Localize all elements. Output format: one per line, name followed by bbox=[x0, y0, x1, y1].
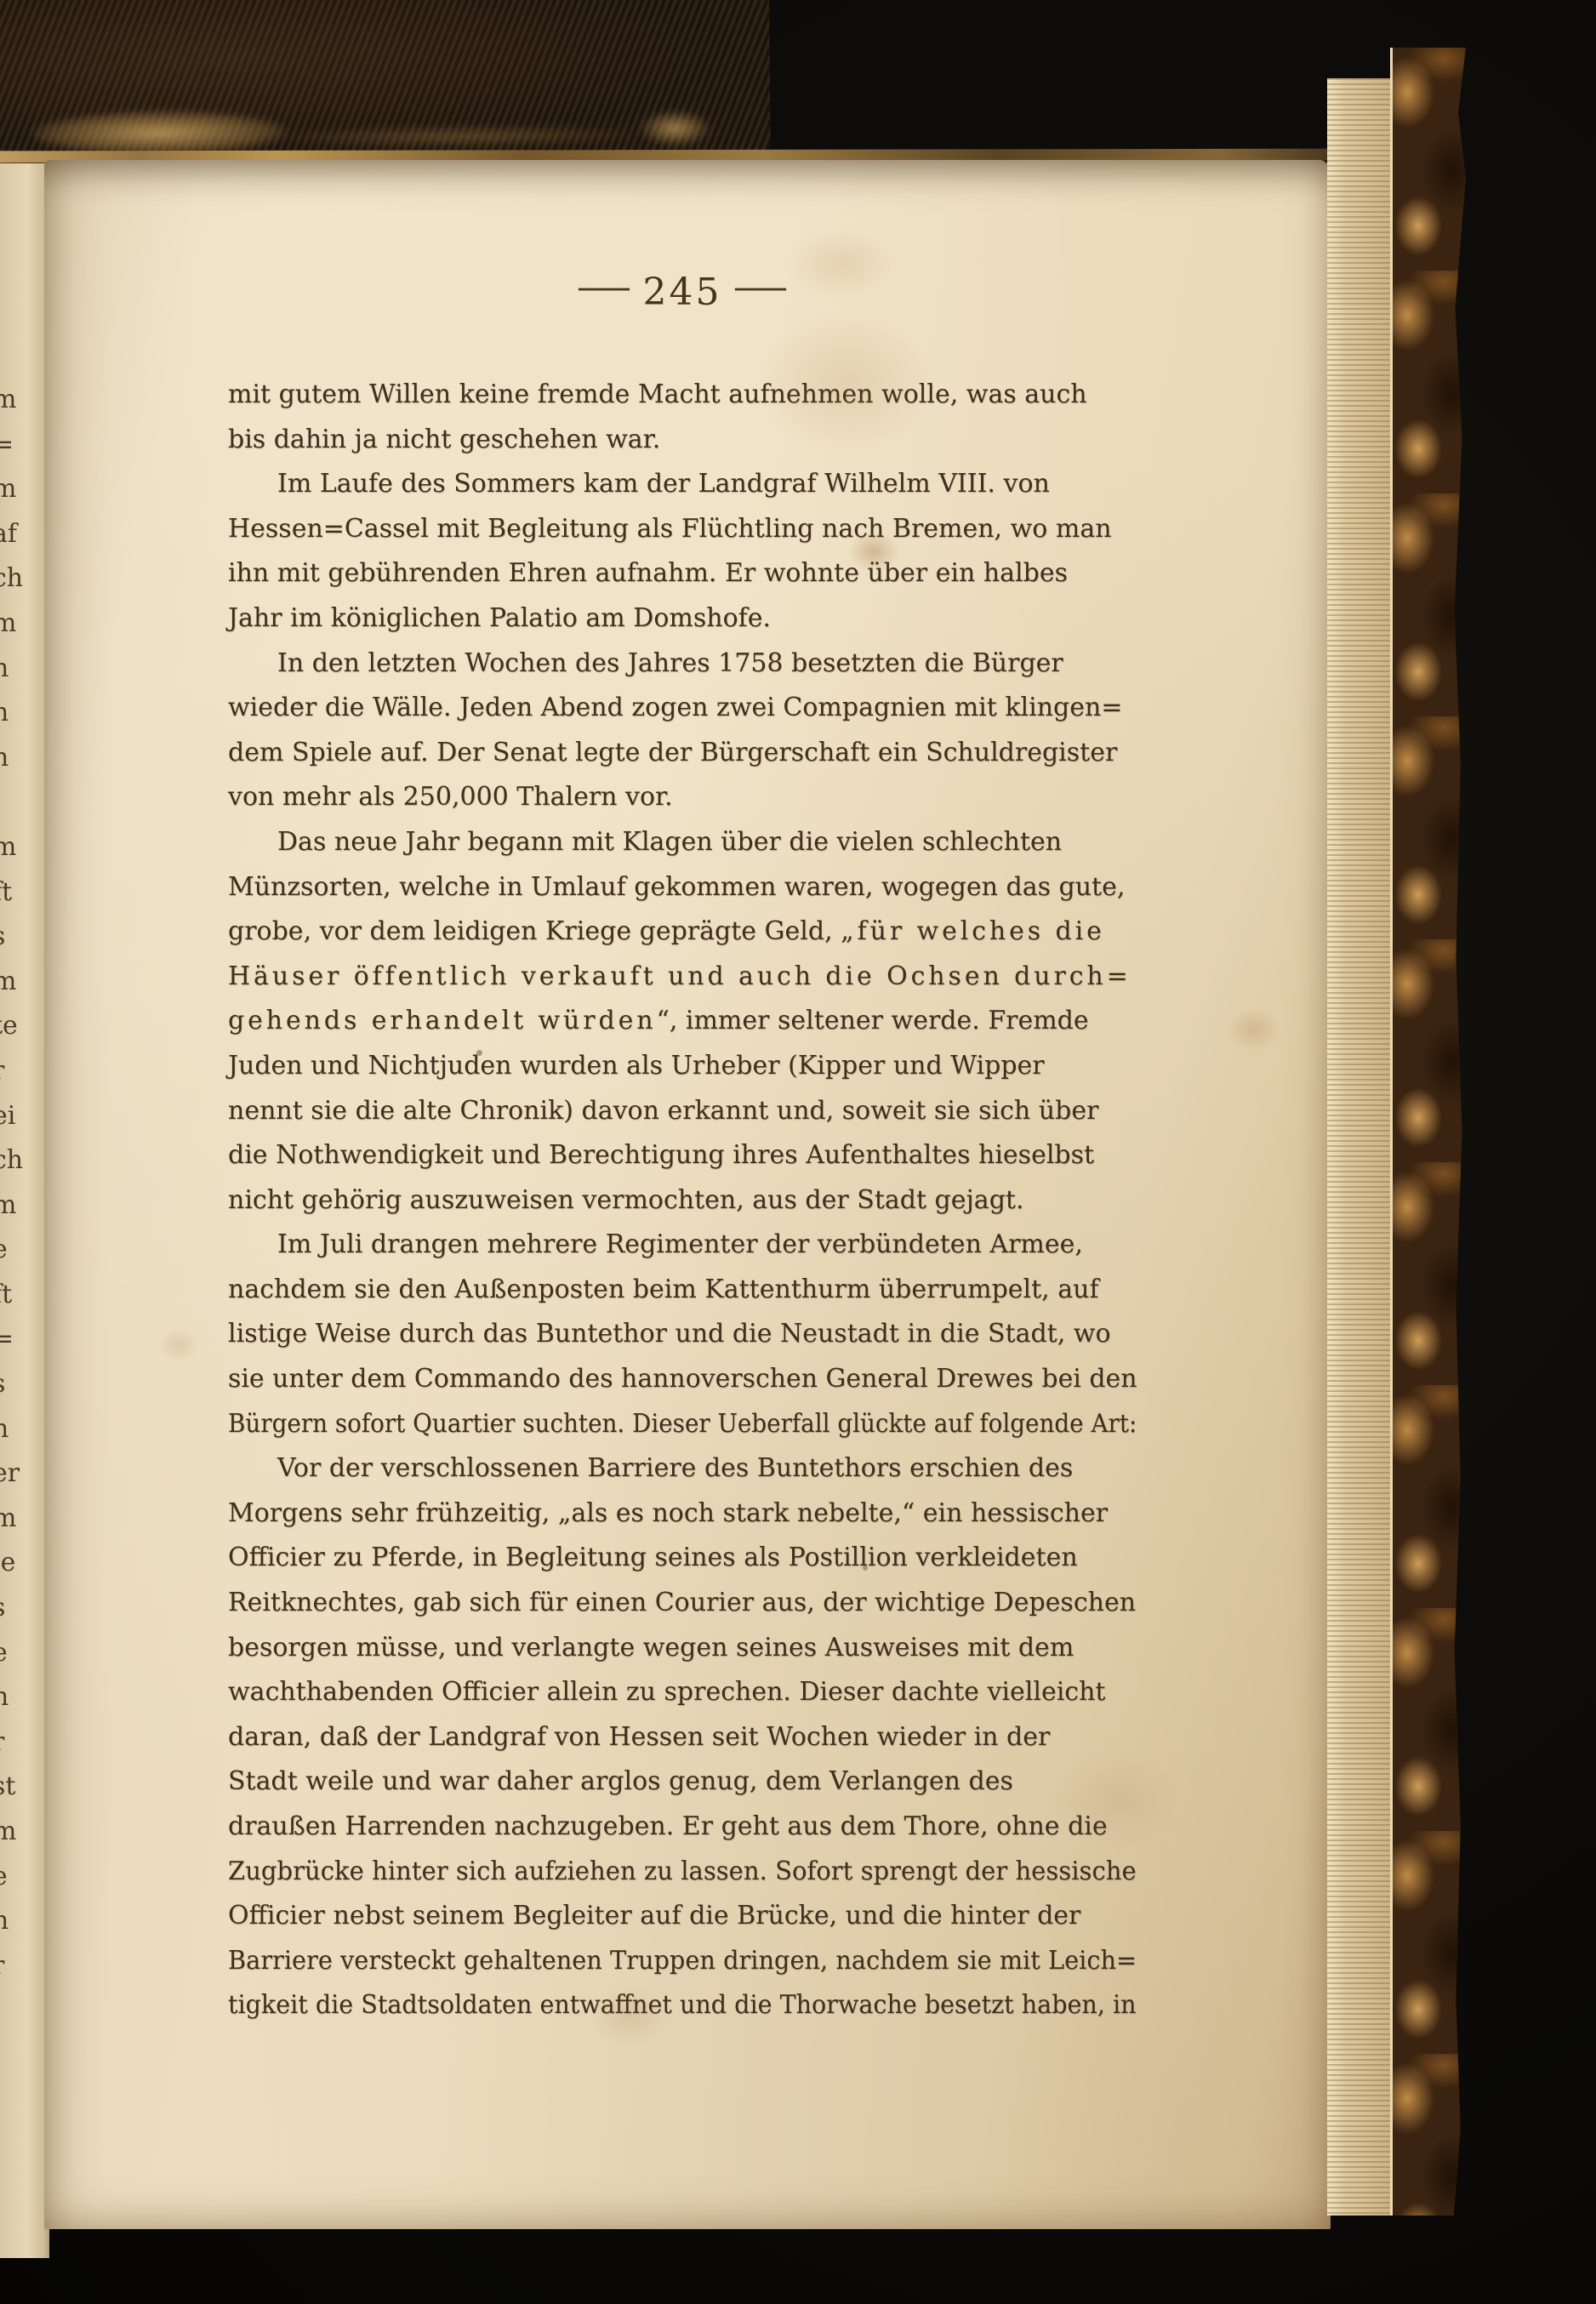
text-segment: nicht gehörig auszuweisen vermochten, au… bbox=[228, 1185, 1024, 1215]
verso-line-fragment: ie bbox=[0, 1541, 44, 1586]
text-line: Juden und Nichtjuden wurden als Urheber … bbox=[228, 1044, 1137, 1089]
verso-line-fragment: r bbox=[0, 1049, 44, 1094]
book-photo: m=mafchmnnn,mftsmtereichmeft=snermiesenr… bbox=[0, 0, 1596, 2304]
text-segment: Hessen=Cassel mit Begleitung als Flüchtl… bbox=[228, 514, 1112, 544]
text-line: Barriere versteckt gehaltenen Truppen dr… bbox=[228, 1939, 1100, 1984]
text-segment: listige Weise durch das Buntethor und di… bbox=[228, 1319, 1111, 1349]
text-segment: nachdem sie den Außenposten beim Kattent… bbox=[228, 1275, 1099, 1304]
verso-line-fragment: n bbox=[0, 1899, 44, 1944]
text-line: Bürgern sofort Quartier suchten. Dieser … bbox=[228, 1402, 1069, 1447]
verso-line-fragment: m bbox=[0, 1497, 44, 1542]
verso-line-fragment: ch bbox=[0, 556, 44, 602]
verso-line-fragment: s bbox=[0, 1362, 44, 1407]
cover-wear-patch bbox=[31, 110, 287, 157]
text-segment: “, immer seltener werde. Fremde bbox=[656, 1006, 1088, 1035]
verso-line-fragment: = bbox=[0, 423, 44, 468]
verso-line-fragment: m bbox=[0, 378, 44, 423]
text-segment: In den letzten Wochen des Jahres 1758 be… bbox=[277, 648, 1063, 678]
text-segment: Münzsorten, welche in Umlauf gekommen wa… bbox=[228, 872, 1125, 902]
text-line: Hessen=Cassel mit Begleitung als Flüchtl… bbox=[228, 507, 1137, 552]
text-line: listige Weise durch das Buntethor und di… bbox=[228, 1312, 1137, 1357]
verso-line-fragment: ch bbox=[0, 1138, 44, 1183]
text-segment: draußen Harrenden nachzugeben. Er geht a… bbox=[228, 1811, 1108, 1841]
text-line: besorgen müsse, und verlangte wegen sein… bbox=[228, 1626, 1137, 1671]
text-segment: tigkeit die Stadtsoldaten entwaffnet und… bbox=[228, 1990, 1137, 2020]
letterspaced-quote-segment: gehends erhandelt würden bbox=[228, 1006, 656, 1035]
text-line: Zugbrücke hinter sich aufziehen zu lasse… bbox=[228, 1850, 1109, 1895]
text-segment: Bürgern sofort Quartier suchten. Dieser … bbox=[228, 1409, 1137, 1439]
text-segment: dem Spiele auf. Der Senat legte der Bürg… bbox=[228, 738, 1117, 767]
text-line: wieder die Wälle. Jeden Abend zogen zwei… bbox=[228, 686, 1137, 731]
verso-line-fragment: m bbox=[0, 467, 44, 512]
text-segment: besorgen müsse, und verlangte wegen sein… bbox=[228, 1633, 1074, 1662]
foxing-stain bbox=[158, 1327, 199, 1363]
text-segment: Im Juli drangen mehrere Regimenter der v… bbox=[277, 1229, 1083, 1259]
text-segment: nennt sie die alte Chronik) davon erkann… bbox=[228, 1096, 1098, 1126]
text-line: Reitknechtes, gab sich für einen Courier… bbox=[228, 1581, 1137, 1626]
text-segment: die Nothwendigkeit und Berechtigung ihre… bbox=[228, 1140, 1094, 1170]
verso-line-fragment: af bbox=[0, 512, 44, 557]
text-line: Morgens sehr frühzeitig, „als es noch st… bbox=[228, 1491, 1137, 1537]
photo-backdrop: { "page": { "number": "245", "number_das… bbox=[0, 0, 1596, 2304]
marbled-cover-edge bbox=[1390, 48, 1466, 2216]
text-line: Officier nebst seinem Begleiter auf die … bbox=[228, 1894, 1137, 1939]
text-segment: daran, daß der Landgraf von Hessen seit … bbox=[228, 1722, 1050, 1752]
text-segment: ihn mit gebührenden Ehren aufnahm. Er wo… bbox=[228, 558, 1068, 588]
text-segment: Jahr im königlichen Palatio am Domshofe. bbox=[228, 603, 771, 633]
text-line: nachdem sie den Außenposten beim Kattent… bbox=[228, 1268, 1137, 1313]
text-line: Stadt weile und war daher arglos genug, … bbox=[228, 1759, 1137, 1805]
foxing-stain bbox=[1225, 1007, 1281, 1052]
page-number-dash-left: — bbox=[576, 262, 632, 313]
text-line: von mehr als 250,000 Thalern vor. bbox=[228, 775, 1137, 820]
book-cover-top-edge bbox=[0, 0, 771, 163]
text-segment: sie unter dem Commando des hannoverschen… bbox=[228, 1364, 1137, 1394]
text-segment: Juden und Nichtjuden wurden als Urheber … bbox=[228, 1051, 1045, 1081]
text-line: In den letzten Wochen des Jahres 1758 be… bbox=[228, 642, 1137, 687]
text-line: nennt sie die alte Chronik) davon erkann… bbox=[228, 1089, 1137, 1134]
verso-line-fragment: s bbox=[0, 1586, 44, 1631]
verso-line-fragment: n bbox=[0, 736, 44, 781]
verso-line-fragment: ei bbox=[0, 1094, 44, 1139]
facing-page-fragments: m=mafchmnnn,mftsmtereichmeft=snermiesenr… bbox=[0, 378, 44, 2033]
text-line: tigkeit die Stadtsoldaten entwaffnet und… bbox=[228, 1983, 1094, 2028]
text-line: bis dahin ja nicht geschehen war. bbox=[228, 418, 1137, 463]
verso-line-fragment: e bbox=[0, 1631, 44, 1676]
page-number: 245 bbox=[643, 271, 722, 314]
text-segment: Barriere versteckt gehaltenen Truppen dr… bbox=[228, 1946, 1137, 1976]
text-line: ihn mit gebührenden Ehren aufnahm. Er wo… bbox=[228, 551, 1137, 596]
verso-line-fragment: m bbox=[0, 1810, 44, 1855]
verso-line-fragment: ft bbox=[0, 1273, 44, 1318]
text-line: mit gutem Willen keine fremde Macht aufn… bbox=[228, 373, 1137, 418]
facing-page-sliver: m=mafchmnnn,mftsmtereichmeft=snermiesenr… bbox=[0, 163, 49, 2258]
page-fore-edges bbox=[1327, 78, 1394, 2216]
text-line: dem Spiele auf. Der Senat legte der Bürg… bbox=[228, 731, 1137, 776]
text-segment: von mehr als 250,000 Thalern vor. bbox=[228, 782, 673, 812]
text-line: wachthabenden Officier allein zu spreche… bbox=[228, 1670, 1137, 1715]
text-block: mit gutem Willen keine fremde Macht aufn… bbox=[228, 373, 1137, 2028]
verso-line-fragment: e bbox=[0, 1228, 44, 1273]
cover-wear-patch bbox=[275, 123, 641, 149]
verso-line-fragment: n bbox=[0, 647, 44, 692]
verso-line-fragment: er bbox=[0, 1451, 44, 1497]
text-line: Münzsorten, welche in Umlauf gekommen wa… bbox=[228, 865, 1137, 910]
text-line: Officier zu Pferde, in Begleitung seines… bbox=[228, 1536, 1137, 1581]
text-segment: bis dahin ja nicht geschehen war. bbox=[228, 425, 660, 454]
text-line: Vor der verschlossenen Barriere des Bunt… bbox=[228, 1446, 1137, 1491]
verso-line-fragment: te bbox=[0, 1004, 44, 1049]
text-segment: Stadt weile und war daher arglos genug, … bbox=[228, 1766, 1013, 1796]
text-line: die Nothwendigkeit und Berechtigung ihre… bbox=[228, 1133, 1137, 1178]
verso-line-fragment: m bbox=[0, 1183, 44, 1229]
text-segment: Officier nebst seinem Begleiter auf die … bbox=[228, 1901, 1080, 1930]
text-segment: Vor der verschlossenen Barriere des Bunt… bbox=[277, 1453, 1073, 1483]
verso-line-fragment: e bbox=[0, 1855, 44, 1900]
text-line: Jahr im königlichen Palatio am Domshofe. bbox=[228, 596, 1137, 642]
verso-line-fragment: st bbox=[0, 1765, 44, 1810]
verso-line-fragment: s bbox=[0, 915, 44, 960]
text-segment: Reitknechtes, gab sich für einen Courier… bbox=[228, 1588, 1136, 1617]
letterspaced-quote-segment: Häuser öffentlich verkauft und auch die … bbox=[228, 961, 1131, 991]
text-segment: grobe, vor dem leidigen Kriege geprägte … bbox=[228, 916, 841, 946]
verso-line-fragment: r bbox=[0, 1944, 44, 1989]
text-line: Das neue Jahr begann mit Klagen über die… bbox=[228, 820, 1137, 865]
text-segment: Morgens sehr frühzeitig, „als es noch st… bbox=[228, 1498, 1108, 1528]
verso-line-fragment: ft bbox=[0, 870, 44, 915]
text-segment: Das neue Jahr begann mit Klagen über die… bbox=[277, 827, 1062, 857]
text-segment: Im Laufe des Sommers kam der Landgraf Wi… bbox=[277, 469, 1050, 499]
text-line: Im Laufe des Sommers kam der Landgraf Wi… bbox=[228, 462, 1137, 507]
text-line: daran, daß der Landgraf von Hessen seit … bbox=[228, 1715, 1137, 1760]
verso-line-fragment: m bbox=[0, 602, 44, 647]
verso-line-fragment bbox=[0, 1988, 44, 2033]
verso-line-fragment: m bbox=[0, 960, 44, 1005]
verso-line-fragment: = bbox=[0, 1317, 44, 1362]
text-line: gehends erhandelt würden“, immer seltene… bbox=[228, 999, 1137, 1044]
text-line: grobe, vor dem leidigen Kriege geprägte … bbox=[228, 910, 1137, 955]
text-segment: wachthabenden Officier allein zu spreche… bbox=[228, 1677, 1105, 1707]
letterspaced-quote-segment: „für welches die bbox=[841, 916, 1105, 946]
cover-wear-patch bbox=[637, 110, 712, 148]
text-segment: wieder die Wälle. Jeden Abend zogen zwei… bbox=[228, 693, 1122, 722]
text-line: draußen Harrenden nachzugeben. Er geht a… bbox=[228, 1805, 1137, 1850]
text-segment: Zugbrücke hinter sich aufziehen zu lasse… bbox=[228, 1856, 1137, 1886]
text-line: Häuser öffentlich verkauft und auch die … bbox=[228, 955, 1137, 1000]
verso-line-fragment: r bbox=[0, 1720, 44, 1765]
verso-line-fragment: , bbox=[0, 780, 44, 825]
verso-line-fragment: n bbox=[0, 1675, 44, 1720]
text-line: sie unter dem Commando des hannoverschen… bbox=[228, 1357, 1134, 1402]
page-number-dash-right: — bbox=[732, 262, 789, 313]
text-line: Im Juli drangen mehrere Regimenter der v… bbox=[228, 1223, 1137, 1268]
text-line: nicht gehörig auszuweisen vermochten, au… bbox=[228, 1178, 1137, 1223]
verso-line-fragment: n bbox=[0, 1407, 44, 1452]
verso-line-fragment: m bbox=[0, 825, 44, 870]
page-number-row: —245— bbox=[228, 267, 1137, 318]
book-page: —245— mit gutem Willen keine fremde Mach… bbox=[44, 160, 1331, 2229]
text-segment: Officier zu Pferde, in Begleitung seines… bbox=[228, 1543, 1078, 1572]
verso-line-fragment: n bbox=[0, 691, 44, 736]
text-segment: mit gutem Willen keine fremde Macht aufn… bbox=[228, 379, 1087, 409]
